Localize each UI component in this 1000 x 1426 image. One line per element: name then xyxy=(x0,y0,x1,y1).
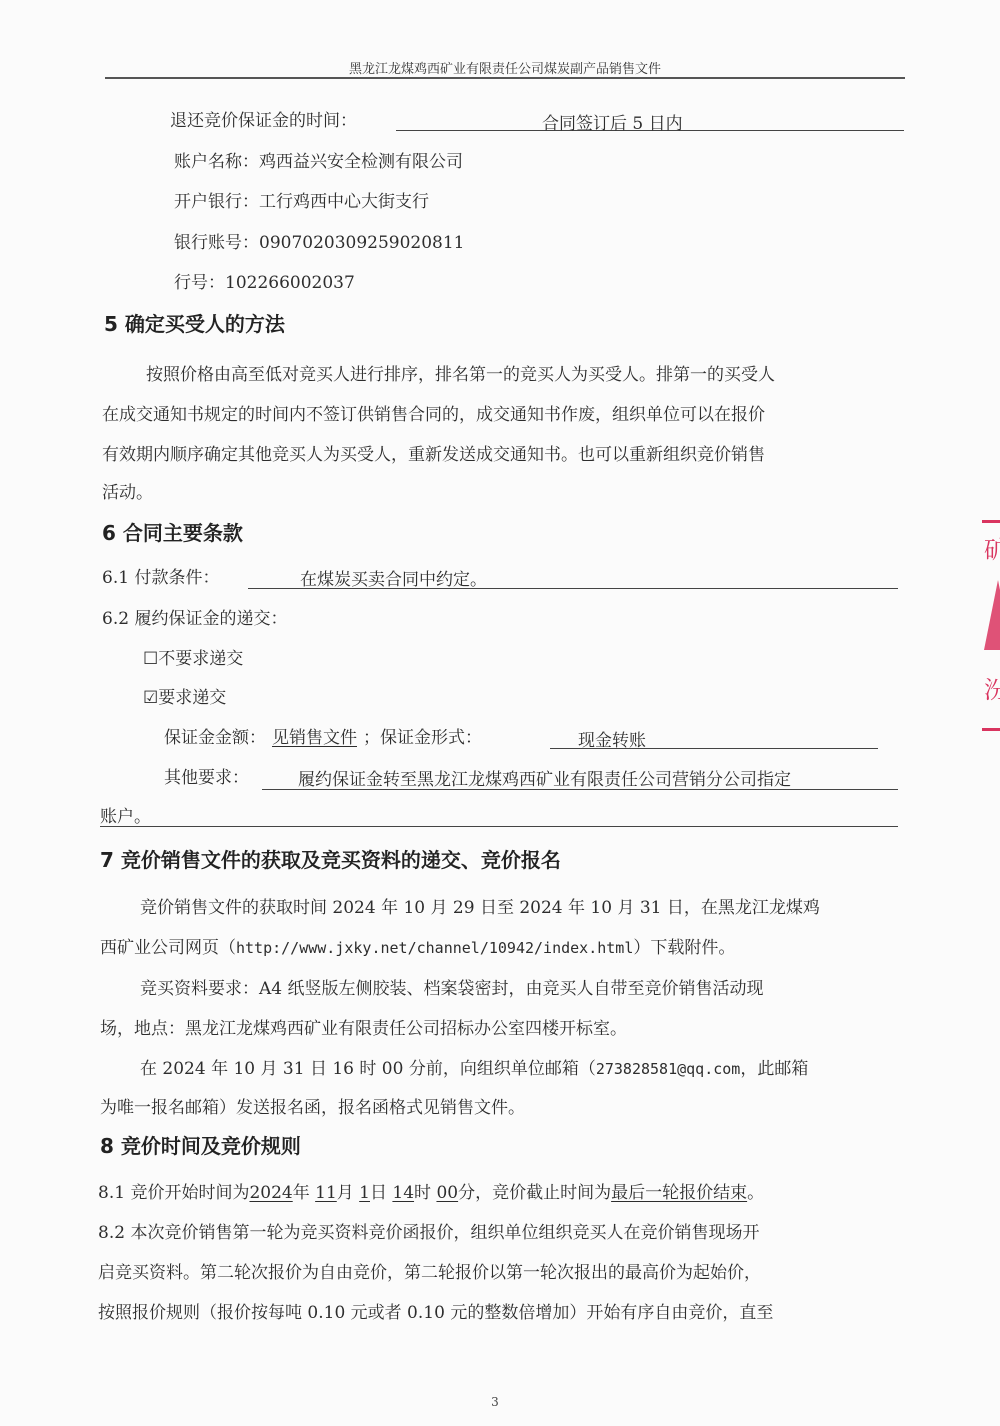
performance-bond-label: 6.2 履约保证金的递交： xyxy=(102,604,287,629)
option-not-required: ☐不要求递交 xyxy=(143,644,243,669)
unit-year: 年 xyxy=(293,1183,310,1203)
bid-start-prefix: 8.1 竞价开始时间为 xyxy=(98,1183,249,1203)
bid-start-month: 11 xyxy=(315,1183,337,1203)
bid-end-prefix: 分，竞价截止时间为 xyxy=(458,1183,611,1203)
period: 。 xyxy=(747,1183,764,1203)
registration-text-suffix: ，此邮箱 xyxy=(740,1059,808,1079)
section-8-heading: 8 竞价时间及竞价规则 xyxy=(100,1130,301,1159)
bid-start-minute: 00 xyxy=(436,1183,458,1203)
account-bank-code: 行号：102266002037 xyxy=(174,268,355,293)
other-requirements-label: 其他要求： xyxy=(164,763,249,788)
unit-month: 月 xyxy=(337,1183,354,1203)
section-8-rule-2-line-3: 按照报价规则（报价按每吨 0.10 元或者 0.10 元的整数倍增加）开始有序自… xyxy=(98,1298,773,1323)
account-number-label: 银行账号： xyxy=(174,233,259,253)
account-code-value: 102266002037 xyxy=(225,273,355,293)
bid-start-year: 2024 xyxy=(249,1183,292,1203)
account-name: 账户名称：鸡西益兴安全检测有限公司 xyxy=(174,147,463,172)
section-6-heading: 6 合同主要条款 xyxy=(102,517,243,546)
option-required: ☑要求递交 xyxy=(143,683,226,708)
section-7-p1-line-1: 竞价销售文件的获取时间 2024 年 10 月 29 日至 2024 年 10 … xyxy=(140,893,820,918)
other-requirements-underline-2 xyxy=(100,826,898,827)
deposit-refund-value: 合同签订后 5 日内 xyxy=(542,109,683,134)
account-bank: 开户银行：工行鸡西中心大街支行 xyxy=(174,187,429,212)
section-5-line-2: 在成交通知书规定的时间内不签订供销售合同的，成交通知书作废，组织单位可以在报价 xyxy=(102,400,765,425)
payment-terms-label: 6.1 付款条件： xyxy=(102,563,219,588)
section-5-line-1: 按照价格由高至低对竞买人进行排序，排名第一的竞买人为买受人。排第一的买受人 xyxy=(146,360,775,385)
seal-bar-top xyxy=(982,520,1000,523)
section-8-rule-2-line-2: 启竞买资料。第二轮次报价为自由竞价，第二轮报价以第一轮次报出的最高价为起始价， xyxy=(98,1258,761,1283)
registration-text-prefix: 在 2024 年 10 月 31 日 16 时 00 分前，向组织单位邮箱（ xyxy=(140,1059,596,1079)
account-bank-label: 开户银行： xyxy=(174,192,259,212)
section-5-heading: 5 确定买受人的方法 xyxy=(104,308,285,337)
unit-hour: 时 xyxy=(414,1183,431,1203)
deposit-refund-label: 退还竞价保证金的时间： xyxy=(170,106,357,131)
section-7-p1-line-2: 西矿业公司网页（http://www.jxky.net/channel/1094… xyxy=(100,933,735,958)
bid-start-day: 1 xyxy=(359,1183,370,1203)
account-code-label: 行号： xyxy=(174,273,225,293)
page-number: 3 xyxy=(0,1395,990,1409)
bid-end-value: 最后一轮报价结束 xyxy=(611,1183,747,1203)
document-header-title: 黑龙江龙煤鸡西矿业有限责任公司煤炭副产品销售文件 xyxy=(0,58,1000,77)
account-number-value: 0907020309259020811 xyxy=(259,233,465,253)
other-requirements-value-2: 账户。 xyxy=(100,802,151,827)
seal-star-icon xyxy=(984,580,1000,650)
seal-char-2: 汾 xyxy=(984,670,1000,705)
section-7-p2-line-2: 场，地点：黑龙江龙煤鸡西矿业有限责任公司招标办公室四楼开标室。 xyxy=(100,1014,627,1039)
section-7-p3-line-2: 为唯一报名邮箱）发送报名函，报名函格式见销售文件。 xyxy=(100,1093,525,1118)
section-8-rule-2-line-1: 8.2 本次竞价销售第一轮为竞买资料竞价函报价，组织单位组织竞买人在竞价销售现场… xyxy=(98,1218,759,1243)
account-name-label: 账户名称： xyxy=(174,152,259,172)
download-text-suffix: ）下载附件。 xyxy=(633,938,735,958)
account-number: 银行账号：0907020309259020811 xyxy=(174,228,465,253)
section-7-heading: 7 竞价销售文件的获取及竞买资料的递交、竞价报名 xyxy=(100,844,561,873)
option-not-required-label: 不要求递交 xyxy=(158,649,243,669)
account-bank-value: 工行鸡西中心大街支行 xyxy=(259,192,429,212)
account-name-value: 鸡西益兴安全检测有限公司 xyxy=(259,152,463,172)
payment-terms-value: 在煤炭买卖合同中约定。 xyxy=(300,565,487,590)
section-7-p3-line-1: 在 2024 年 10 月 31 日 16 时 00 分前，向组织单位邮箱（27… xyxy=(140,1054,808,1079)
checkbox-unchecked-icon: ☐ xyxy=(143,649,158,669)
bond-amount-label: 保证金金额： xyxy=(164,728,266,748)
red-seal-stamp: 矿 汾 xyxy=(976,520,1000,740)
section-7-p2-line-1: 竞买资料要求：A4 纸竖版左侧胶装、档案袋密封，由竞买人自带至竞价销售活动现 xyxy=(140,974,764,999)
bid-start-hour: 14 xyxy=(392,1183,414,1203)
unit-day: 日 xyxy=(370,1183,387,1203)
seal-char-1: 矿 xyxy=(984,530,1000,565)
bond-form-label: ；保证金形式： xyxy=(363,728,482,748)
seal-bar-bottom xyxy=(982,728,1000,731)
bond-amount-value: 见销售文件 xyxy=(266,728,363,748)
bond-form-value: 现金转账 xyxy=(578,726,646,751)
header-divider xyxy=(105,77,905,79)
option-required-label: 要求递交 xyxy=(158,688,226,708)
bond-amount-row: 保证金金额：见销售文件；保证金形式： xyxy=(164,723,482,748)
section-5-line-3: 有效期内顺序确定其他竞买人为买受人，重新发送成交通知书。也可以重新组织竞价销售 xyxy=(102,440,765,465)
section-5-line-4: 活动。 xyxy=(102,478,153,503)
download-text-prefix: 西矿业公司网页（ xyxy=(100,938,236,958)
other-requirements-value-1: 履约保证金转至黑龙江龙煤鸡西矿业有限责任公司营销分公司指定 xyxy=(298,765,791,790)
registration-email-link[interactable]: 273828581@qq.com xyxy=(596,1060,741,1078)
section-8-rule-1: 8.1 竞价开始时间为2024年 11月 1日 14时 00分，竞价截止时间为最… xyxy=(98,1178,764,1203)
download-url-link[interactable]: http://www.jxky.net/channel/10942/index.… xyxy=(236,939,633,957)
checkbox-checked-icon: ☑ xyxy=(143,688,158,708)
